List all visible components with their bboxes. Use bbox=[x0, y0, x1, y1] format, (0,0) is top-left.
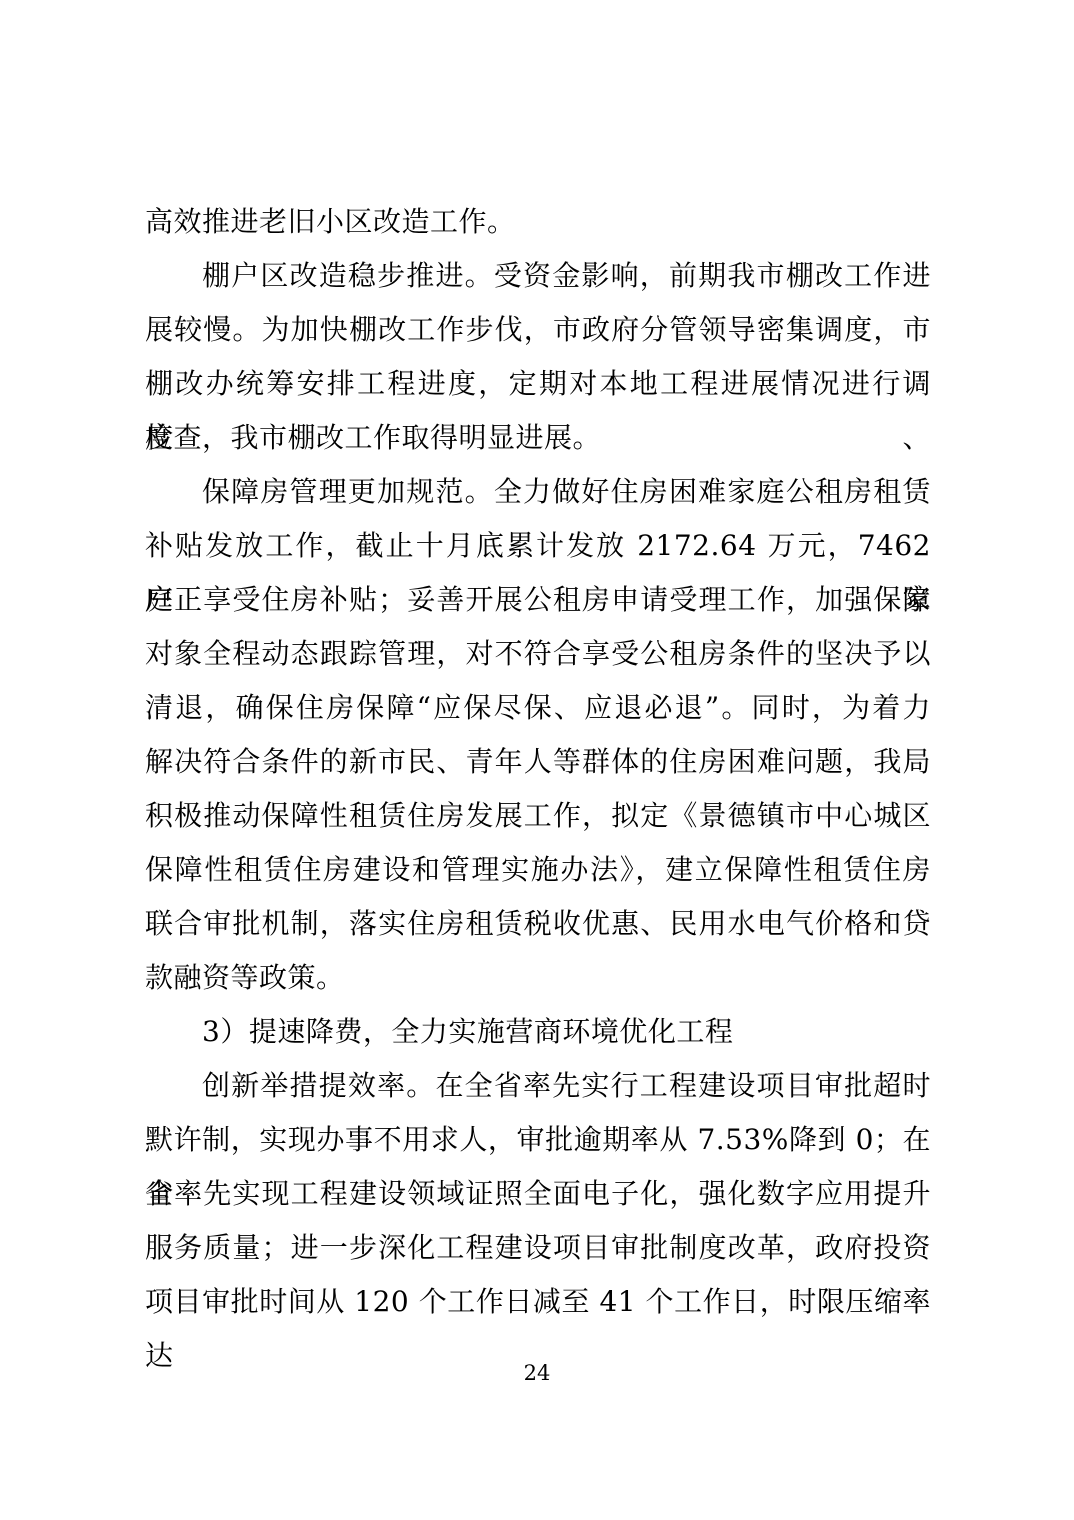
text-line: 棚户区改造稳步推进。受资金影响，前期我市棚改工作进 bbox=[145, 249, 931, 303]
text-line: 服务质量；进一步深化工程建设项目审批制度改革，政府投资 bbox=[145, 1221, 931, 1275]
text-line: 庭正享受住房补贴；妥善开展公租房申请受理工作，加强保障 bbox=[145, 573, 931, 627]
text-line: 项目审批时间从 120 个工作日减至 41 个工作日，时限压缩率达 bbox=[145, 1275, 931, 1329]
text-line: 解决符合条件的新市民、青年人等群体的住房困难问题，我局 bbox=[145, 735, 931, 789]
text-line: 展较慢。为加快棚改工作步伐，市政府分管领导密集调度，市 bbox=[145, 303, 931, 357]
text-line: 棚改办统筹安排工程进度，定期对本地工程进展情况进行调度、 bbox=[145, 357, 931, 411]
text-line: 款融资等政策。 bbox=[145, 951, 931, 1005]
text-line: 清退，确保住房保障“应保尽保、应退必退”。同时，为着力 bbox=[145, 681, 931, 735]
text-line: 高效推进老旧小区改造工作。 bbox=[145, 195, 931, 249]
text-line: 保障房管理更加规范。全力做好住房困难家庭公租房租赁 bbox=[145, 465, 931, 519]
text-line: 创新举措提效率。在全省率先实行工程建设项目审批超时 bbox=[145, 1059, 931, 1113]
document-page: 高效推进老旧小区改造工作。 棚户区改造稳步推进。受资金影响，前期我市棚改工作进 … bbox=[0, 0, 1074, 1520]
text-line: 积极推动保障性租赁住房发展工作，拟定《景德镇市中心城区 bbox=[145, 789, 931, 843]
text-line: 补贴发放工作，截止十月底累计发放 2172.64 万元，7462 户家 bbox=[145, 519, 931, 573]
text-line: 联合审批机制，落实住房租赁税收优惠、民用水电气价格和贷 bbox=[145, 897, 931, 951]
text-line: 对象全程动态跟踪管理，对不符合享受公租房条件的坚决予以 bbox=[145, 627, 931, 681]
document-text-body: 高效推进老旧小区改造工作。 棚户区改造稳步推进。受资金影响，前期我市棚改工作进 … bbox=[145, 195, 931, 1329]
text-line: 默许制，实现办事不用求人，审批逾期率从 7.53%降到 0；在全 bbox=[145, 1113, 931, 1167]
text-line: 省率先实现工程建设领域证照全面电子化，强化数字应用提升 bbox=[145, 1167, 931, 1221]
text-line: 保障性租赁住房建设和管理实施办法》，建立保障性租赁住房 bbox=[145, 843, 931, 897]
page-number: 24 bbox=[0, 1358, 1074, 1388]
section-heading-line: 3）提速降费，全力实施营商环境优化工程 bbox=[145, 1005, 931, 1059]
